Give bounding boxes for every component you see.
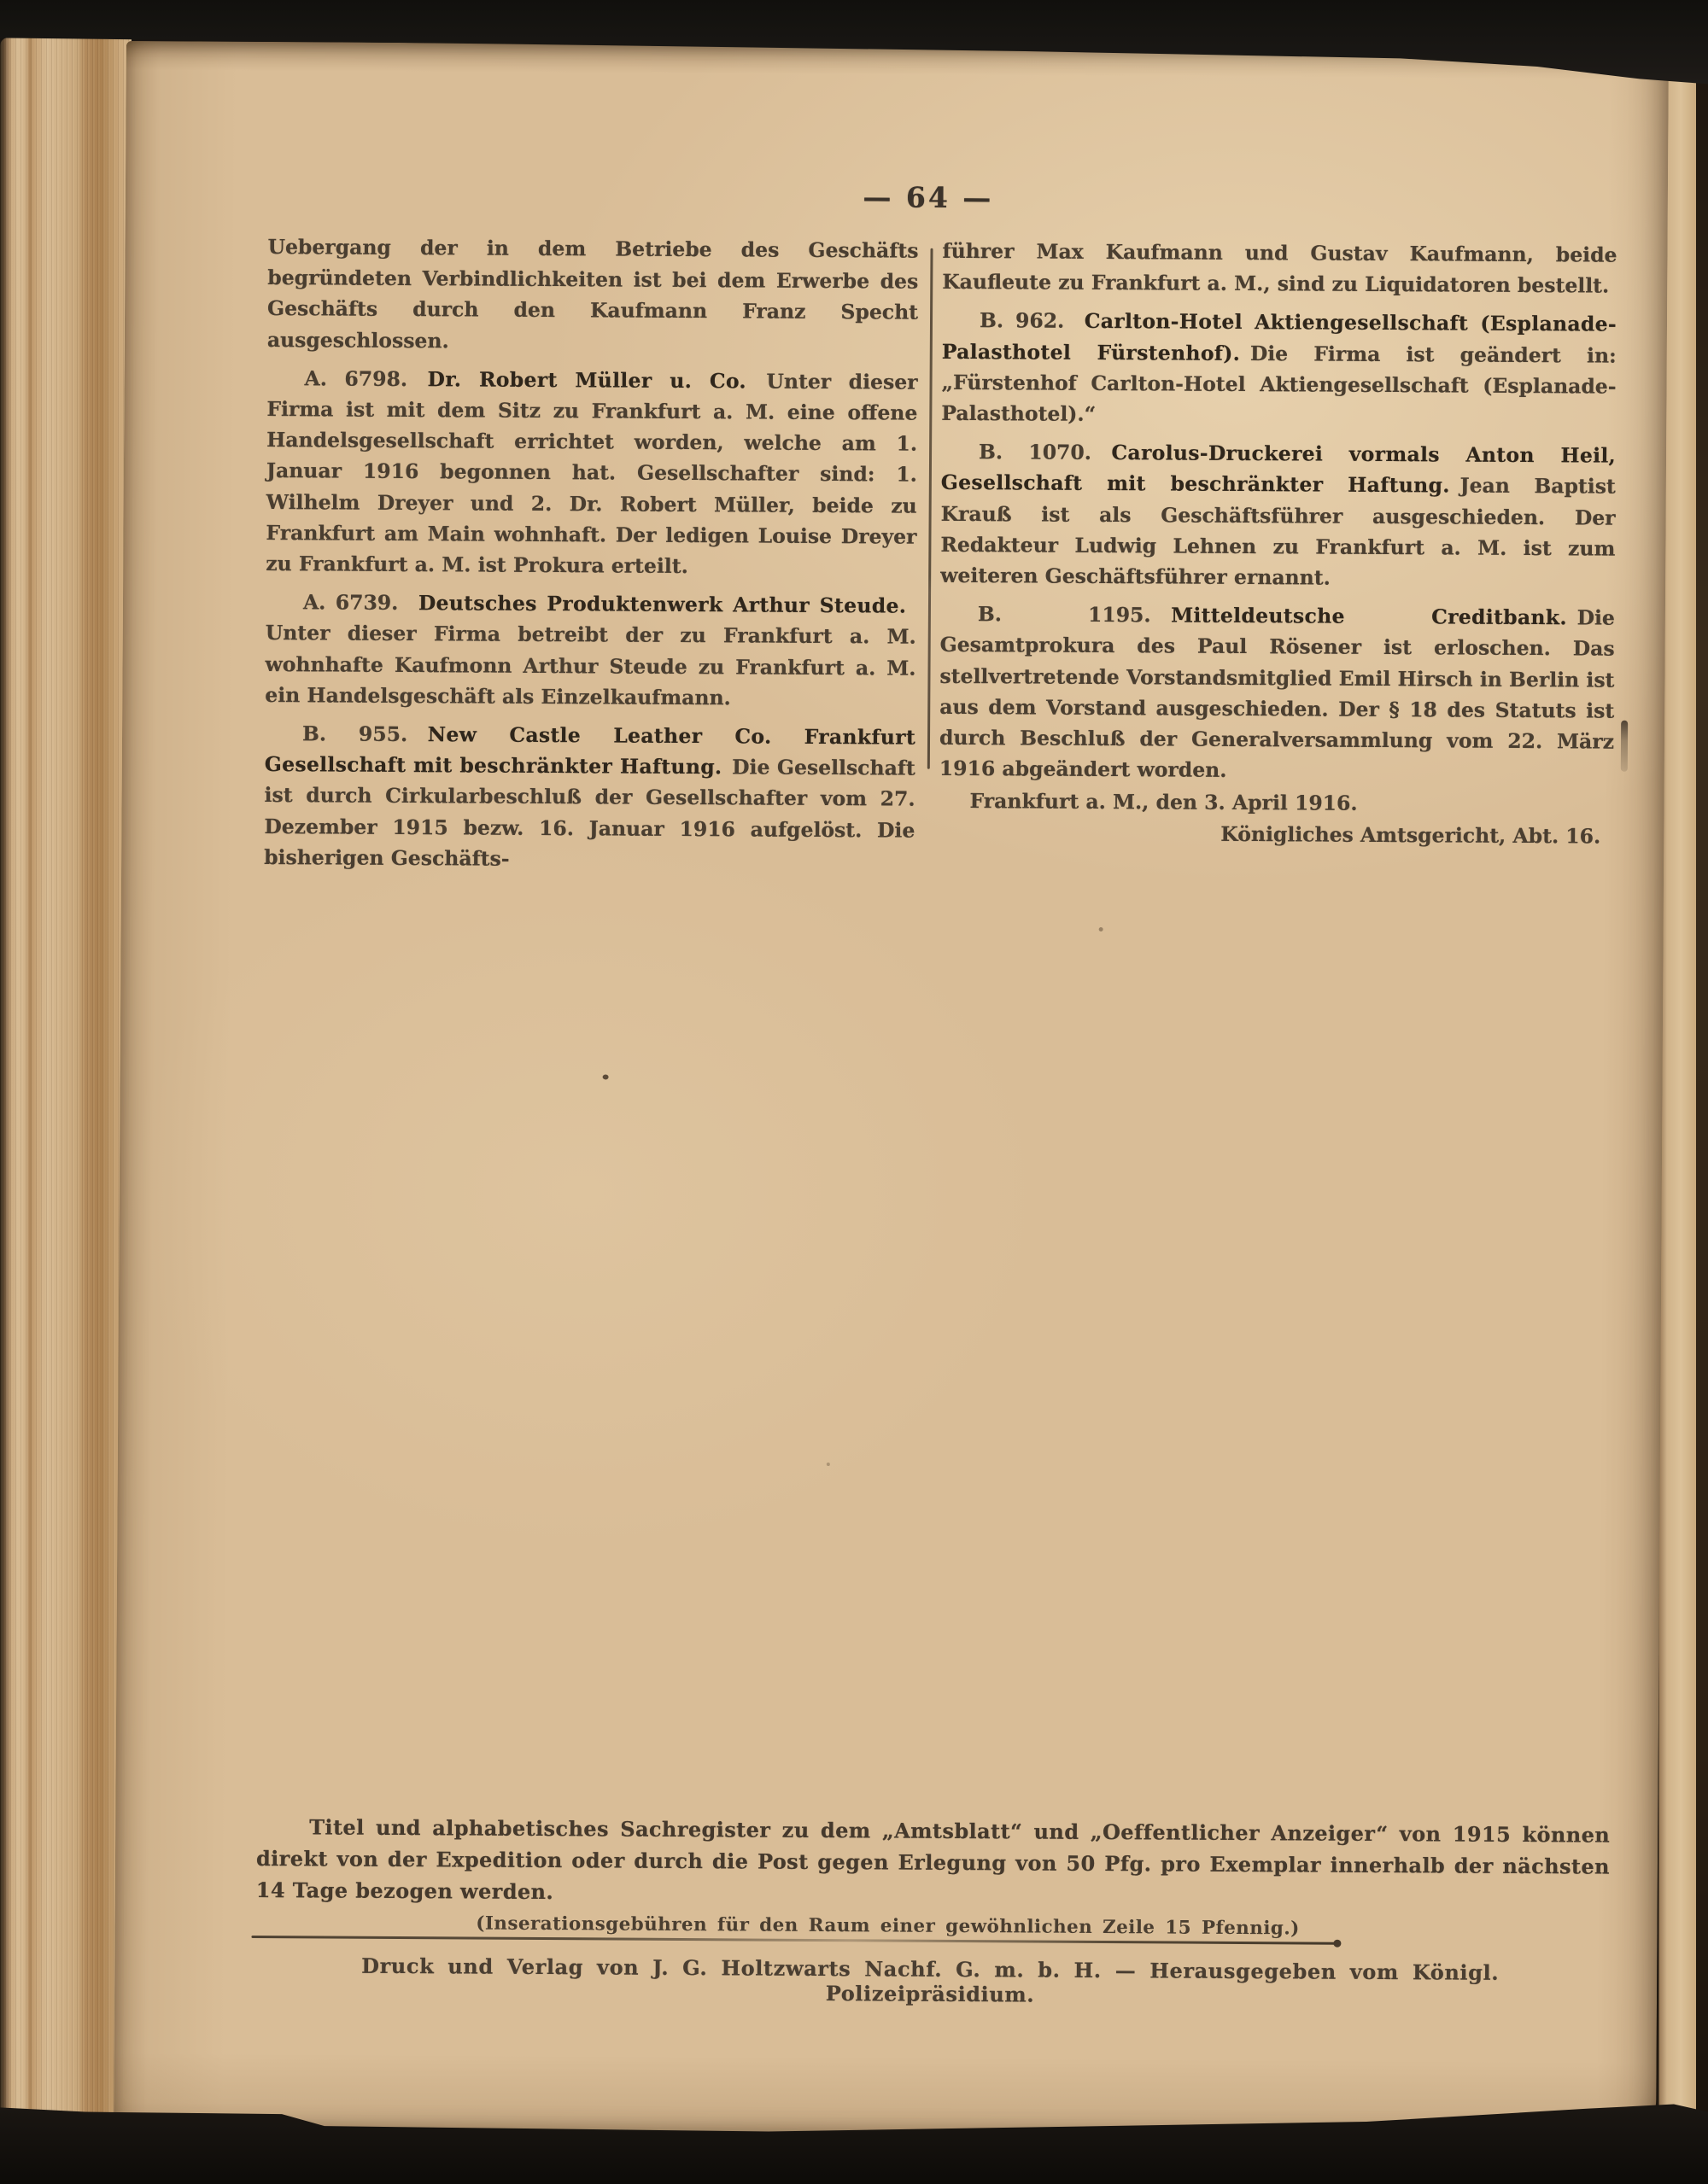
- entry-a-6798: A. 6798. Dr. Robert Müller u. Co. Unter …: [266, 363, 918, 583]
- entry-b-962: B. 962. Carlton-Hotel Aktiengesellschaft…: [941, 305, 1617, 433]
- book-right-gap-shadow: [1696, 0, 1708, 2184]
- text-run: B. 955.: [302, 721, 428, 746]
- text-run: Königliches Amtsgericht, Abt. 16.: [1220, 822, 1600, 849]
- column-divider-rule: [927, 248, 933, 769]
- left-column: Uebergang der in dem Betriebe des Geschä…: [264, 231, 919, 877]
- text-run: B. 962.: [980, 309, 1085, 334]
- imprint-line: Druck und Verlag von J. G. Holtzwarts Na…: [255, 1953, 1605, 2011]
- ink-smudge-mark: [1621, 721, 1628, 772]
- gazette-page: — 64 — Uebergang der in dem Betriebe des…: [114, 41, 1669, 2139]
- dateline: Frankfurt a. M., den 3. April 1916.: [939, 785, 1613, 820]
- entry-a-6739: A. 6739. Deutsches Produktenwerk Arthur …: [265, 587, 916, 714]
- text-run: Unter dieser Firma ist mit dem Sitz zu F…: [266, 369, 917, 578]
- dust-speck: [603, 1074, 609, 1079]
- entry-name: Dr. Robert Müller u. Co.: [427, 367, 746, 393]
- entry-b-1195: B. 1195. Mitteldeutsche Creditbank. Die …: [939, 599, 1615, 788]
- text-run: Uebergang der in dem Betriebe des Geschä…: [267, 235, 919, 353]
- text-run: A. 6739.: [303, 591, 418, 616]
- page-number: — 64 —: [126, 176, 1708, 219]
- entry-name: Deutsches Produktenwerk Arthur Steude.: [418, 591, 907, 617]
- footer-notice: Titel und alphabetisches Sachregister zu…: [256, 1811, 1611, 1914]
- entry-continuation: führer Max Kaufmann und Gustav Kaufmann,…: [942, 236, 1617, 301]
- text-run: Die Gesamtprokura des Paul Rösener ist e…: [939, 606, 1615, 783]
- right-column: führer Max Kaufmann und Gustav Kaufmann,…: [939, 236, 1617, 852]
- entry-b-955: B. 955. New Castle Leather Co. Frankfurt…: [264, 718, 915, 877]
- dust-speck: [827, 1463, 830, 1466]
- entry-b-1070: B. 1070. Carolus-Druckerei vormals Anton…: [940, 436, 1616, 595]
- book-scan: — 64 — Uebergang der in dem Betriebe des…: [0, 0, 1708, 2184]
- text-run: B. 1195.: [978, 602, 1171, 627]
- court-signature: Königliches Amtsgericht, Abt. 16.: [1220, 819, 1613, 852]
- entry-continuation: Uebergang der in dem Betriebe des Geschä…: [267, 231, 919, 359]
- text-run: A. 6798.: [305, 366, 428, 391]
- dust-speck: [1099, 927, 1103, 931]
- entry-name: Mitteldeutsche Creditbank.: [1171, 604, 1567, 630]
- text-run: Frankfurt a. M., den 3. April 1916.: [969, 790, 1357, 816]
- book-left-page-edges: [0, 38, 132, 2121]
- text-run: führer Max Kaufmann und Gustav Kaufmann,…: [942, 239, 1617, 298]
- text-run: B. 1070.: [979, 440, 1112, 464]
